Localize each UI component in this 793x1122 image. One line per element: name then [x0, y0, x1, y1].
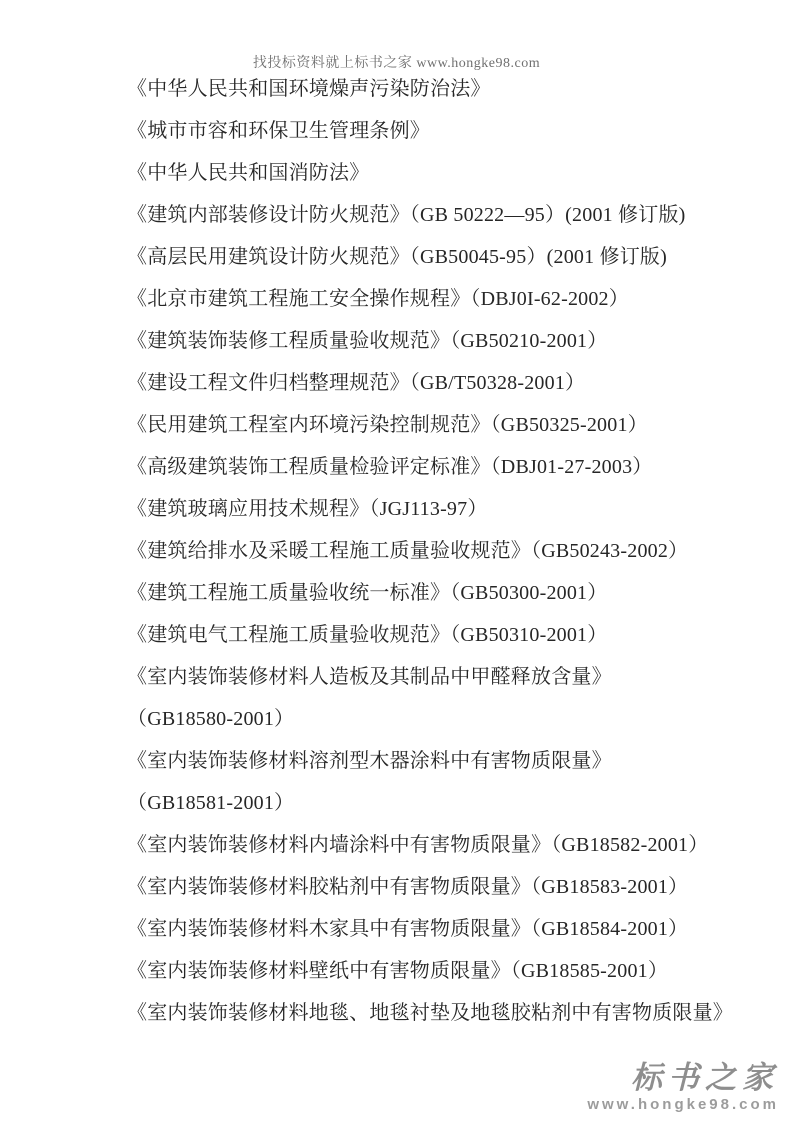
document-line: 《室内装饰装修材料胶粘剂中有害物质限量》（GB18583-2001） [127, 876, 773, 898]
document-line: 《建筑电气工程施工质量验收规范》（GB50310-2001） [127, 624, 773, 646]
document-line: 《建筑内部装修设计防火规范》（GB 50222—95）(2001 修订版) [127, 204, 773, 226]
document-line: 《建筑给排水及采暖工程施工质量验收规范》（GB50243-2002） [127, 540, 773, 562]
document-line: （GB18581-2001） [127, 792, 773, 814]
document-line: 《中华人民共和国环境燥声污染防治法》 [127, 78, 773, 100]
document-line: 《室内装饰装修材料木家具中有害物质限量》（GB18584-2001） [127, 918, 773, 940]
site-watermark: 标书之家 www.hongke98.com [587, 1062, 779, 1114]
document-line: 《建筑装饰装修工程质量验收规范》（GB50210-2001） [127, 330, 773, 352]
document-line: 《北京市建筑工程施工安全操作规程》（DBJ0I-62-2002） [127, 288, 773, 310]
document-page: 找投标资料就上标书之家 www.hongke98.com 《中华人民共和国环境燥… [0, 0, 793, 1122]
document-line: 《室内装饰装修材料内墙涂料中有害物质限量》（GB18582-2001） [127, 834, 773, 856]
document-line: 《室内装饰装修材料人造板及其制品中甲醛释放含量》 [127, 666, 773, 688]
document-body: 《中华人民共和国环境燥声污染防治法》 《城市市容和环保卫生管理条例》 《中华人民… [127, 78, 773, 1044]
document-line: （GB18580-2001） [127, 708, 773, 730]
site-url-text: www.hongke98.com [587, 1096, 779, 1114]
page-header: 找投标资料就上标书之家 www.hongke98.com [0, 52, 793, 72]
document-line: 《高层民用建筑设计防火规范》（GB50045-95）(2001 修订版) [127, 246, 773, 268]
document-line: 《城市市容和环保卫生管理条例》 [127, 120, 773, 142]
document-line: 《高级建筑装饰工程质量检验评定标准》（DBJ01-27-2003） [127, 456, 773, 478]
document-line: 《室内装饰装修材料溶剂型木器涂料中有害物质限量》 [127, 750, 773, 772]
document-line: 《建筑工程施工质量验收统一标准》（GB50300-2001） [127, 582, 773, 604]
document-line: 《室内装饰装修材料地毯、地毯衬垫及地毯胶粘剂中有害物质限量》 [127, 1002, 773, 1024]
header-watermark-text: 找投标资料就上标书之家 www.hongke98.com [253, 56, 540, 71]
document-line: 《建筑玻璃应用技术规程》（JGJ113-97） [127, 498, 773, 520]
document-line: 《中华人民共和国消防法》 [127, 162, 773, 184]
document-line: 《民用建筑工程室内环境污染控制规范》（GB50325-2001） [127, 414, 773, 436]
site-logo-text: 标书之家 [587, 1062, 779, 1094]
document-line: 《建设工程文件归档整理规范》（GB/T50328-2001） [127, 372, 773, 394]
document-line: 《室内装饰装修材料壁纸中有害物质限量》（GB18585-2001） [127, 960, 773, 982]
